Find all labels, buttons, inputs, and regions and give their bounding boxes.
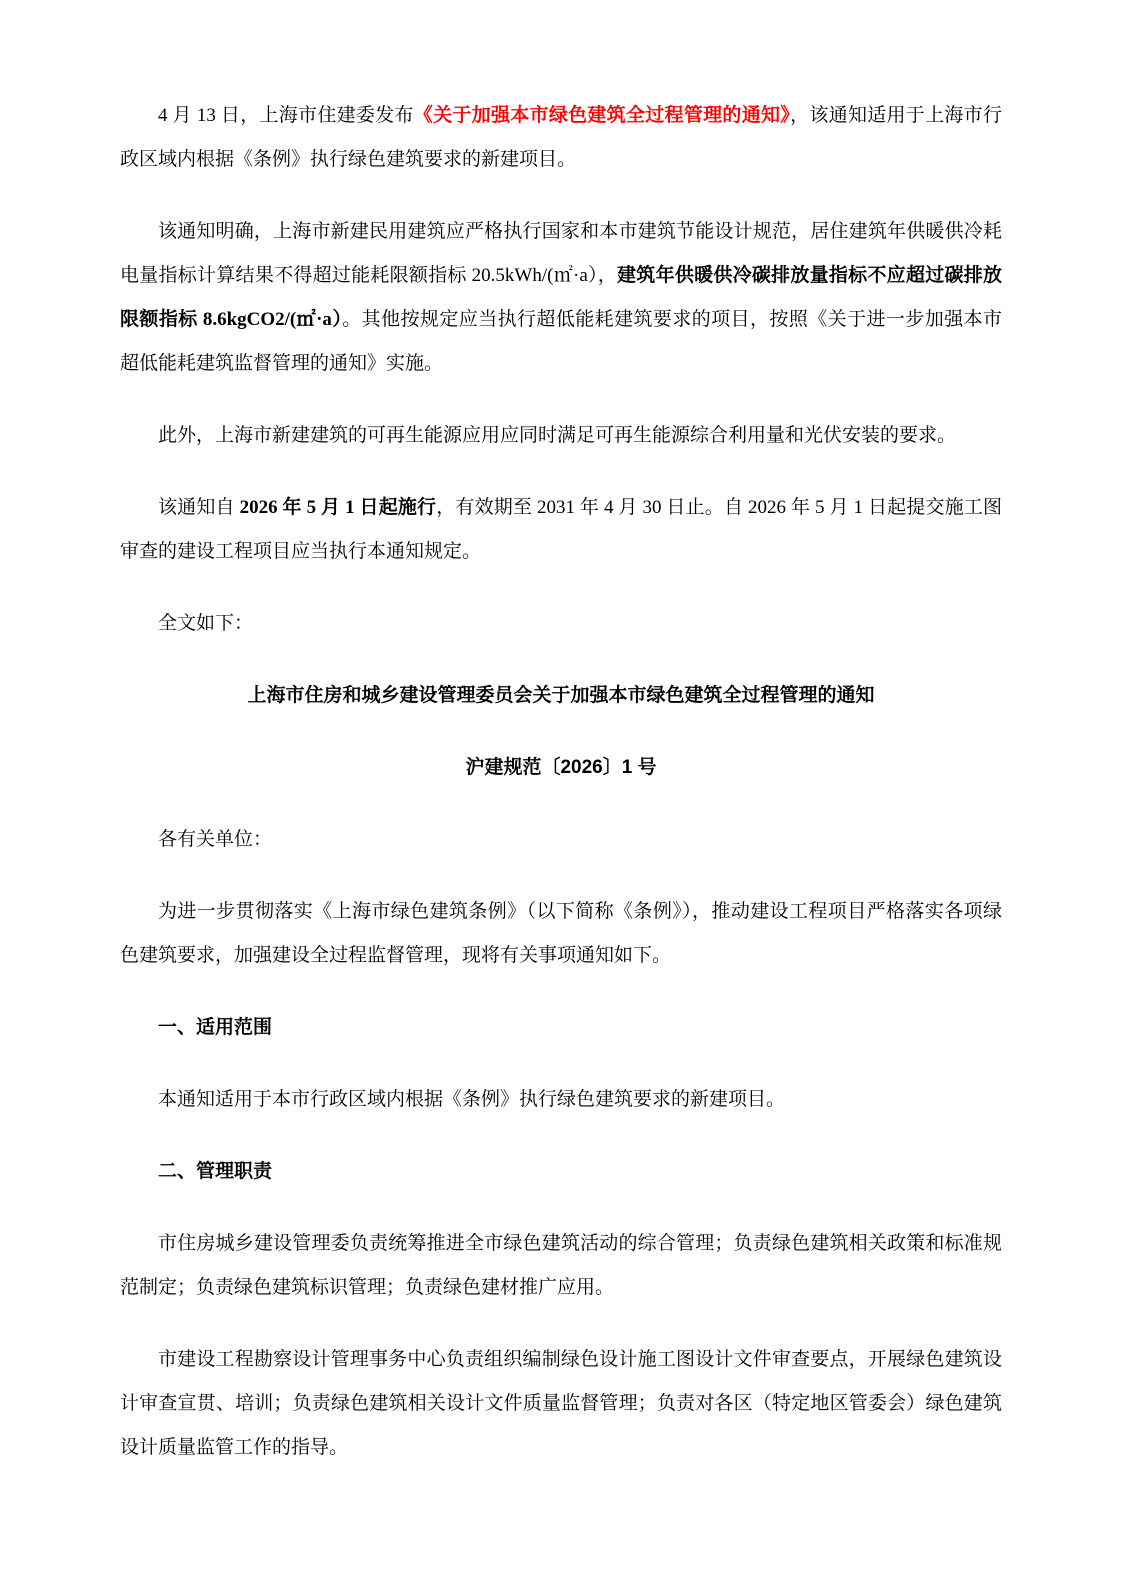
- text-run: 一、适用范围: [158, 1017, 272, 1038]
- text-run: 市住房城乡建设管理委负责统筹推进全市绿色建筑活动的综合管理；负责绿色建筑相关政策…: [120, 1233, 1002, 1298]
- text-run: 沪建规范〔2026〕1 号: [465, 757, 656, 778]
- text-run: 为进一步贯彻落实《上海市绿色建筑条例》（以下简称《条例》），推动建设工程项目严格…: [120, 901, 1002, 966]
- salutation: 各有关单位：: [120, 818, 1002, 862]
- text-run: 该通知自: [158, 497, 240, 518]
- document-body: 4 月 13 日，上海市住建委发布《关于加强本市绿色建筑全过程管理的通知》，该通…: [0, 0, 1122, 1587]
- publish-intro-paragraph: 4 月 13 日，上海市住建委发布《关于加强本市绿色建筑全过程管理的通知》，该通…: [120, 94, 1002, 182]
- renewable-energy-paragraph: 此外，上海市新建建筑的可再生能源应用应同时满足可再生能源综合利用量和光伏安装的要…: [120, 414, 1002, 458]
- document-number: 沪建规范〔2026〕1 号: [120, 746, 1002, 790]
- text-run: 二、管理职责: [158, 1161, 272, 1182]
- purpose-paragraph: 为进一步贯彻落实《上海市绿色建筑条例》（以下简称《条例》），推动建设工程项目严格…: [120, 890, 1002, 978]
- section-2-body-2: 市建设工程勘察设计管理事务中心负责组织编制绿色设计施工图设计文件审查要点，开展绿…: [120, 1338, 1002, 1470]
- text-run: 全文如下：: [158, 613, 253, 634]
- section-1-body: 本通知适用于本市行政区域内根据《条例》执行绿色建筑要求的新建项目。: [120, 1078, 1002, 1122]
- text-run: 上海市住房和城乡建设管理委员会关于加强本市绿色建筑全过程管理的通知: [247, 685, 874, 706]
- text-run: 4 月 13 日，上海市住建委发布: [158, 105, 414, 126]
- section-1-heading: 一、适用范围: [120, 1006, 1002, 1050]
- text-run: 本通知适用于本市行政区域内根据《条例》执行绿色建筑要求的新建项目。: [158, 1089, 785, 1110]
- notice-title-highlight: 《关于加强本市绿色建筑全过程管理的通知》: [414, 105, 790, 126]
- effective-date-paragraph: 该通知自 2026 年 5 月 1 日起施行，有效期至 2031 年 4 月 3…: [120, 486, 1002, 574]
- section-2-heading: 二、管理职责: [120, 1150, 1002, 1194]
- text-run: 市建设工程勘察设计管理事务中心负责组织编制绿色设计施工图设计文件审查要点，开展绿…: [120, 1349, 1002, 1458]
- document-page: { "colors": { "page_background": "#fffff…: [0, 0, 1122, 1587]
- energy-standard-paragraph: 该通知明确，上海市新建民用建筑应严格执行国家和本市建筑节能设计规范，居住建筑年供…: [120, 210, 1002, 386]
- full-text-label: 全文如下：: [120, 602, 1002, 646]
- text-run: 此外，上海市新建建筑的可再生能源应用应同时满足可再生能源综合利用量和光伏安装的要…: [158, 425, 956, 446]
- text-run: 各有关单位：: [158, 829, 272, 850]
- text-run: 2026 年 5 月 1 日起施行: [240, 497, 437, 518]
- section-2-body-1: 市住房城乡建设管理委负责统筹推进全市绿色建筑活动的综合管理；负责绿色建筑相关政策…: [120, 1222, 1002, 1310]
- document-title: 上海市住房和城乡建设管理委员会关于加强本市绿色建筑全过程管理的通知: [120, 674, 1002, 718]
